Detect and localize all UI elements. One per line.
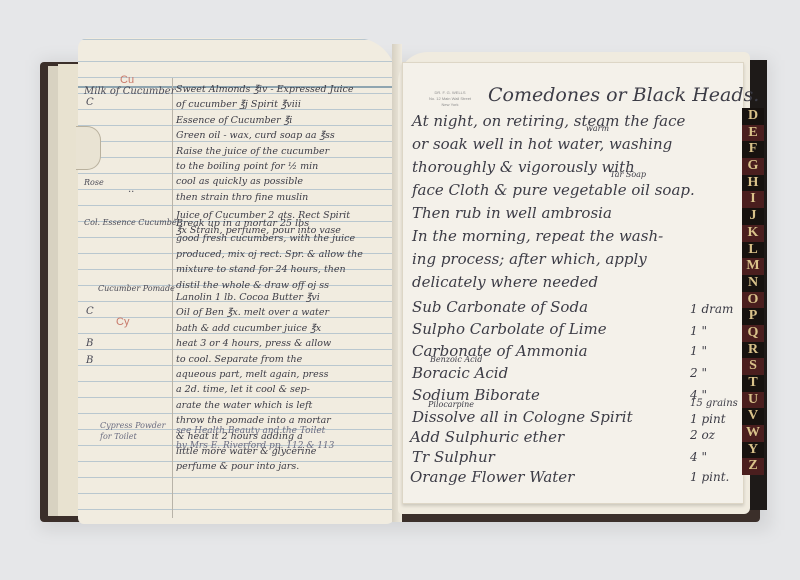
side-letter: B xyxy=(86,338,93,349)
left-page-margin-rule xyxy=(172,78,173,518)
instruction-line: Then rub in well ambrosia xyxy=(412,202,695,225)
instruction-line: or soak well in hot water, washing xyxy=(412,133,695,156)
entry-line: Lanolin 1 lb. Cocoa Butter ℥vi xyxy=(176,290,331,305)
entry-line: by Mrs E. Riverford pp. 112 & 113 xyxy=(176,439,334,454)
entry-line: to the boiling point for ½ min xyxy=(176,159,354,174)
entry-line: Raise the juice of the cucumber xyxy=(176,144,354,159)
entry-label: Cucumber Pomade xyxy=(98,284,175,293)
entry-line: mixture to stand for 24 hours, then xyxy=(176,262,363,277)
index-tab-s[interactable]: S xyxy=(742,358,764,375)
entry-line: Essence of Cucumber ℥i xyxy=(176,113,354,128)
entry-line: then strain thro fine muslin xyxy=(176,190,354,205)
index-tab-d[interactable]: D xyxy=(742,108,764,125)
entry-label: Col. Essence Cucumber xyxy=(84,218,180,227)
entry-line: aqueous part, melt again, press xyxy=(176,367,331,382)
side-letter: B xyxy=(86,355,93,366)
entry-line: cool as quickly as possible xyxy=(176,174,354,189)
entry-line: produced, mix oj rect. Spr. & allow the xyxy=(176,247,363,262)
entry-label: Cypress Powder for Toilet xyxy=(100,420,170,442)
ingredient-qty: 2 oz xyxy=(690,428,715,442)
index-tab-k[interactable]: K xyxy=(742,225,764,242)
ingredient-qty: 1 pint. xyxy=(690,470,729,484)
instruction-line: In the morning, repeat the wash- xyxy=(412,225,695,248)
ingredient-name: Sulpho Carbolate of Lime xyxy=(412,320,607,338)
entry-text: see Health Beauty and the Toilet by Mrs … xyxy=(176,424,334,455)
ingredient-qty: 4 " xyxy=(690,450,707,464)
entry-line: Green oil - wax, curd soap aa ℥ss xyxy=(176,128,354,143)
index-tab-g[interactable]: G xyxy=(742,158,764,175)
letterhead: DR. F. G. WELLS No. 12 Main Wall Street … xyxy=(420,90,480,108)
thumb-index: D E F G H I J K L M N O P Q R S T U V W … xyxy=(742,108,764,475)
instruction-line: ing process; after which, apply xyxy=(412,248,695,271)
ingredient-name: Sub Carbonate of Soda xyxy=(412,298,588,316)
index-tab-j[interactable]: J xyxy=(742,208,764,225)
recipe-title: Comedones or Black Heads. xyxy=(488,84,759,106)
entry-line: of cucumber ℥j Spirit ℥viii xyxy=(176,97,354,112)
entry-line: a 2d. time, let it cool & sep- xyxy=(176,382,331,397)
insertion-note: warm xyxy=(586,124,609,133)
entry-line: Oil of Ben ℥x. melt over a water xyxy=(176,305,331,320)
recipe-instructions: At night, on retiring, steam the face or… xyxy=(412,110,695,294)
index-tab-l[interactable]: L xyxy=(742,242,764,259)
ingredient-name: Add Sulphuric ether xyxy=(410,428,564,446)
entry-line: see Health Beauty and the Toilet xyxy=(176,424,334,439)
index-tab-p[interactable]: P xyxy=(742,308,764,325)
index-mark-cu: Cu xyxy=(120,74,134,86)
index-tab-r[interactable]: R xyxy=(742,342,764,359)
ingredient-qty: 1 dram xyxy=(690,302,733,316)
index-tab-e[interactable]: E xyxy=(742,125,764,142)
side-letter: C xyxy=(86,97,94,108)
letterhead-line: New York xyxy=(420,102,480,108)
index-tab-m[interactable]: M xyxy=(742,258,764,275)
index-tab-v[interactable]: V xyxy=(742,408,764,425)
ingredient-qty: 1 pint xyxy=(690,412,726,426)
index-tab-h[interactable]: H xyxy=(742,175,764,192)
ingredient-note: Benzoic Acid xyxy=(430,355,482,364)
index-tab-n[interactable]: N xyxy=(742,275,764,292)
index-tab-z[interactable]: Z xyxy=(742,458,764,475)
index-tab-q[interactable]: Q xyxy=(742,325,764,342)
entry-text: Break up in a mortar 25 lbs good fresh c… xyxy=(176,216,363,293)
ingredient-qty: 1 " xyxy=(690,324,707,338)
ingredient-qty: 1 " xyxy=(690,344,707,358)
insertion-note: Tar Soap xyxy=(610,170,646,179)
index-tab-f[interactable]: F xyxy=(742,141,764,158)
left-page-index-notch xyxy=(76,126,101,170)
instruction-line: delicately where needed xyxy=(412,271,695,294)
ingredient-name: Tr Sulphur xyxy=(412,448,495,466)
ingredient-qty: 15 grains xyxy=(690,398,738,409)
ditto-mark: .. xyxy=(128,184,134,195)
ingredient-name: Dissolve all in Cologne Spirit xyxy=(412,408,633,426)
index-tab-i[interactable]: I xyxy=(742,191,764,208)
entry-text: Sweet Almonds ℥iv - Expressed Juice of c… xyxy=(176,82,354,205)
entry-line: Break up in a mortar 25 lbs xyxy=(176,216,363,231)
entry-line: perfume & pour into jars. xyxy=(176,459,331,474)
entry-line: Sweet Almonds ℥iv - Expressed Juice xyxy=(176,82,354,97)
index-tab-o[interactable]: O xyxy=(742,292,764,309)
entry-label: Milk of Cucumber xyxy=(84,86,176,97)
instruction-line: face Cloth & pure vegetable oil soap. xyxy=(412,179,695,202)
instruction-line: thoroughly & vigorously with xyxy=(412,156,695,179)
entry-line: bath & add cucumber juice ℥x xyxy=(176,321,331,336)
ingredient-name: Boracic Acid xyxy=(412,364,508,382)
ingredient-name: Orange Flower Water xyxy=(410,468,574,486)
entry-label: Rose xyxy=(84,178,104,187)
entry-line: to cool. Separate from the xyxy=(176,352,331,367)
index-mark-cy: Cy xyxy=(116,316,129,328)
ingredient-qty: 2 " xyxy=(690,366,707,380)
index-tab-u[interactable]: U xyxy=(742,392,764,409)
entry-line: good fresh cucumbers, with the juice xyxy=(176,231,363,246)
index-tab-t[interactable]: T xyxy=(742,375,764,392)
index-tab-w[interactable]: W xyxy=(742,425,764,442)
entry-line: heat 3 or 4 hours, press & allow xyxy=(176,336,331,351)
instruction-line: At night, on retiring, steam the face xyxy=(412,110,695,133)
index-tab-y[interactable]: Y xyxy=(742,442,764,459)
entry-line: arate the water which is left xyxy=(176,398,331,413)
side-letter: C xyxy=(86,306,94,317)
